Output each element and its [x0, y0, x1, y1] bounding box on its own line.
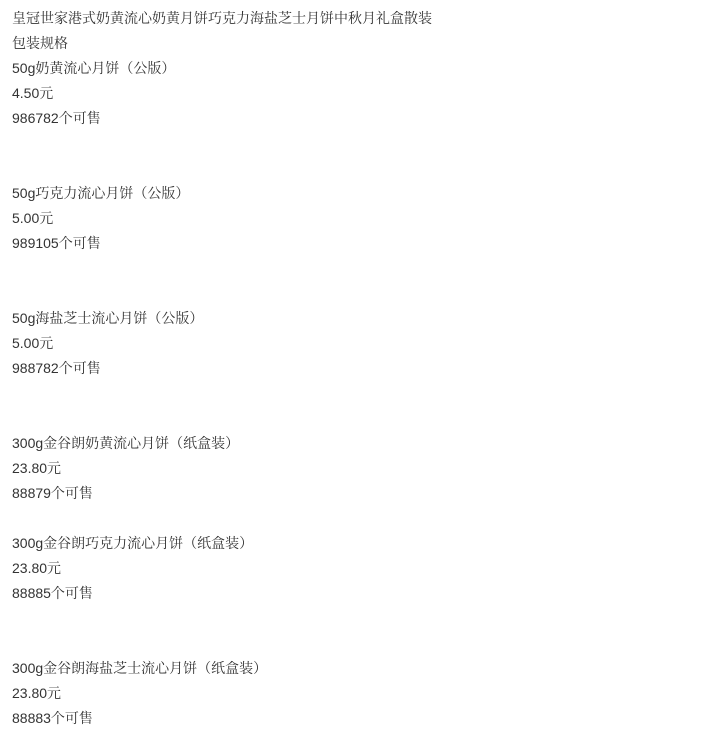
sku-stock: 88883个可售: [12, 706, 705, 731]
sku-name: 50g奶黄流心月饼（公版）: [12, 56, 705, 81]
sku-name: 300g金谷朗奶黄流心月饼（纸盒装）: [12, 431, 705, 456]
sku-item: 50g海盐芝士流心月饼（公版） 5.00元 988782个可售: [12, 306, 705, 381]
sku-stock: 88885个可售: [12, 581, 705, 606]
sku-stock: 986782个可售: [12, 106, 705, 131]
sku-name: 300g金谷朗巧克力流心月饼（纸盒装）: [12, 531, 705, 556]
sku-price: 23.80元: [12, 681, 705, 706]
sku-price: 4.50元: [12, 81, 705, 106]
sku-item: 300g金谷朗巧克力流心月饼（纸盒装） 23.80元 88885个可售: [12, 531, 705, 606]
sku-price: 5.00元: [12, 206, 705, 231]
sku-stock: 988782个可售: [12, 356, 705, 381]
sku-name: 50g巧克力流心月饼（公版）: [12, 181, 705, 206]
sku-item: 300g金谷朗海盐芝士流心月饼（纸盒装） 23.80元 88883个可售: [12, 656, 705, 731]
sku-stock: 88879个可售: [12, 481, 705, 506]
sku-name: 300g金谷朗海盐芝士流心月饼（纸盒装）: [12, 656, 705, 681]
sku-price: 5.00元: [12, 331, 705, 356]
spec-section-label: 包装规格: [12, 31, 705, 56]
sku-price: 23.80元: [12, 556, 705, 581]
product-sku-page: 皇冠世家港式奶黄流心奶黄月饼巧克力海盐芝士月饼中秋月礼盒散装 包装规格 50g奶…: [0, 0, 717, 731]
product-title: 皇冠世家港式奶黄流心奶黄月饼巧克力海盐芝士月饼中秋月礼盒散装: [12, 6, 705, 31]
sku-price: 23.80元: [12, 456, 705, 481]
sku-item: 50g巧克力流心月饼（公版） 5.00元 989105个可售: [12, 181, 705, 256]
sku-item: 50g奶黄流心月饼（公版） 4.50元 986782个可售: [12, 56, 705, 131]
sku-stock: 989105个可售: [12, 231, 705, 256]
sku-name: 50g海盐芝士流心月饼（公版）: [12, 306, 705, 331]
sku-item: 300g金谷朗奶黄流心月饼（纸盒装） 23.80元 88879个可售: [12, 431, 705, 506]
